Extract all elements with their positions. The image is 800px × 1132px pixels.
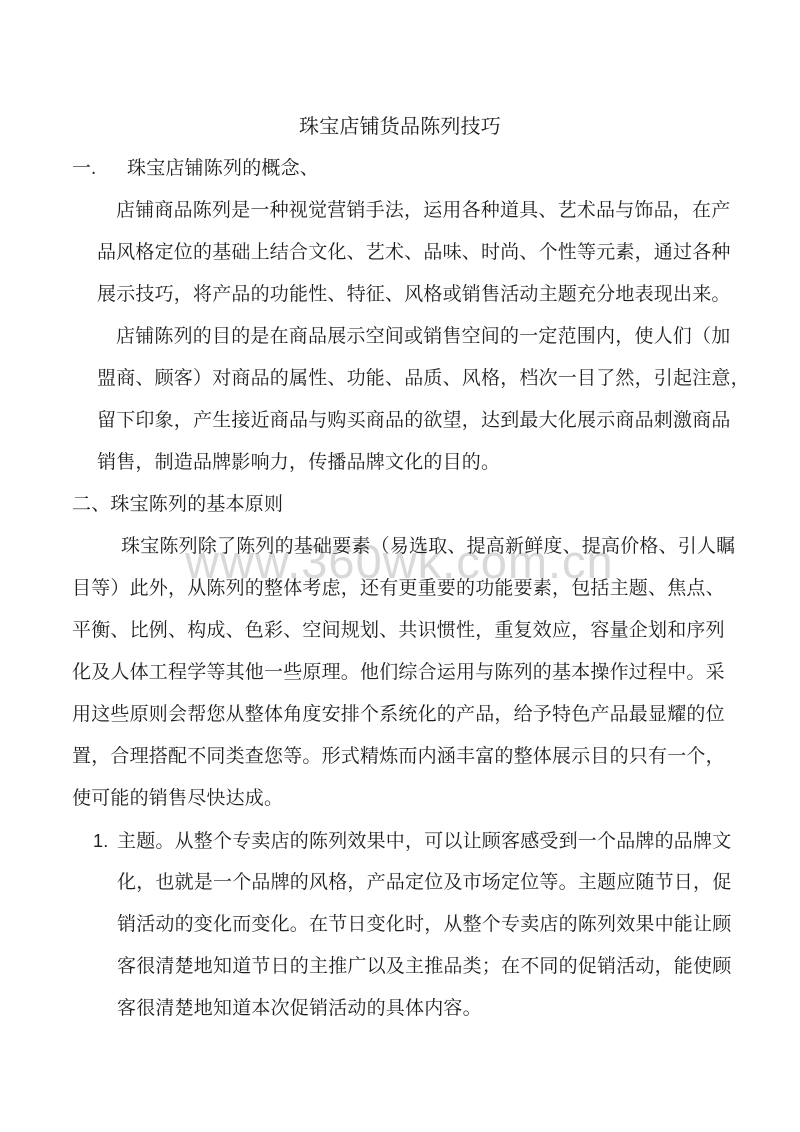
list-item-1-number: 1. <box>93 820 117 862</box>
text-line: 使可能的销售尽快达成。 <box>72 778 728 820</box>
text-line: 客很清楚地知道节日的主推广以及主推品类；在不同的促销活动，能使顾 <box>72 946 728 988</box>
text-line: 销活动的变化而变化。在节日变化时，从整个专卖店的陈列效果中能让顾 <box>72 904 728 946</box>
text-line: 客很清楚地知道本次促销活动的具体内容。 <box>72 988 728 1030</box>
text-line: 目等）此外，从陈列的整体考虑，还有更重要的功能要素，包括主题、焦点、 <box>72 568 728 610</box>
text-line: 品风格定位的基础上结合文化、艺术、品味、时尚、个性等元素，通过各种 <box>72 232 728 274</box>
list-item-1: 1.主题。从整个专卖店的陈列效果中，可以让顾客感受到一个品牌的品牌文 <box>72 820 728 862</box>
text-line: 销售，制造品牌影响力，传播品牌文化的目的。 <box>72 442 728 484</box>
text-line: 留下印象，产生接近商品与购买商品的欲望，达到最大化展示商品刺激商品 <box>72 400 728 442</box>
text-line: 珠宝陈列除了陈列的基础要素（易选取、提高新鲜度、提高价格、引人瞩 <box>72 526 728 568</box>
text-line: 化，也就是一个品牌的风格，产品定位及市场定位等。主题应随节日，促 <box>72 862 728 904</box>
text-line: 平衡、比例、构成、色彩、空间规划、共识惯性，重复效应，容量企划和序列 <box>72 610 728 652</box>
section-2-heading: 二、珠宝陈列的基本原则 <box>72 484 728 526</box>
text-line: 置，合理搭配不同类查您等。形式精炼而内涵丰富的整体展示目的只有一个， <box>72 736 728 778</box>
document-page: www.360wk.com.cn 珠宝店铺货品陈列技巧 一.珠宝店铺陈列的概念、… <box>0 0 800 1132</box>
text-line: 店铺商品陈列是一种视觉营销手法，运用各种道具、艺术品与饰品，在产 <box>72 190 728 232</box>
section-1-heading: 一.珠宝店铺陈列的概念、 <box>72 148 728 190</box>
document-title: 珠宝店铺货品陈列技巧 <box>72 106 728 148</box>
text-line: 盟商、顾客）对商品的属性、功能、品质、风格，档次一目了然，引起注意， <box>72 358 728 400</box>
list-item-1-text: 主题。从整个专卖店的陈列效果中，可以让顾客感受到一个品牌的品牌文 <box>117 831 731 852</box>
text-line: 化及人体工程学等其他一些原理。他们综合运用与陈列的基本操作过程中。采 <box>72 652 728 694</box>
text-line: 用这些原则会帮您从整体角度安排个系统化的产品，给予特色产品最显耀的位 <box>72 694 728 736</box>
text-line: 店铺陈列的目的是在商品展示空间或销售空间的一定范围内，使人们（加 <box>72 316 728 358</box>
section-1-number: 一. <box>72 148 127 190</box>
document-content: 珠宝店铺货品陈列技巧 一.珠宝店铺陈列的概念、 店铺商品陈列是一种视觉营销手法，… <box>72 106 728 1030</box>
section-1-heading-text: 珠宝店铺陈列的概念、 <box>127 158 319 179</box>
text-line: 展示技巧，将产品的功能性、特征、风格或销售活动主题充分地表现出来。 <box>72 274 728 316</box>
